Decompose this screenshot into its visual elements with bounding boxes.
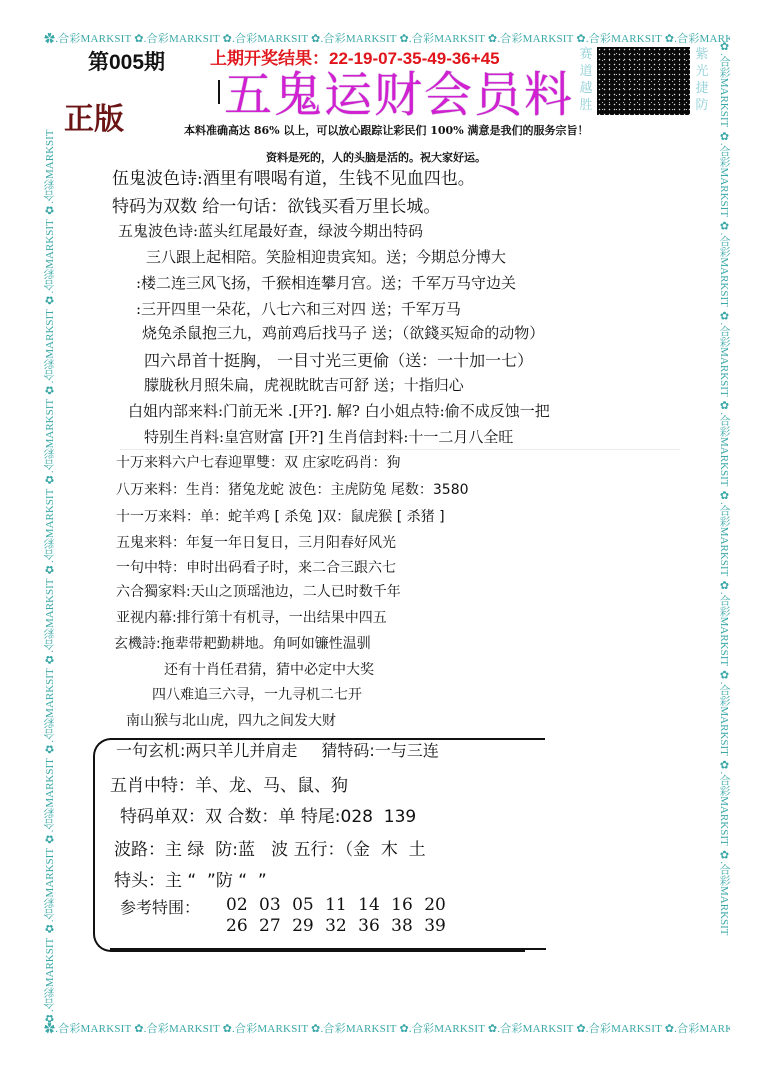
wave-label: 波路： [114,840,165,860]
five-zodiac-value: 羊、龙、马、鼠、狗 [195,776,348,796]
reference-numbers-row-2: 26 27 29 32 36 38 39 [226,916,446,936]
element-value: （金 木 土 [345,840,426,860]
text-line: 玄機詩:拖辈带耙勤耕地。角呵如镰性温驯 [114,633,371,653]
wave-value: 主 绿 防:蓝 波 [165,840,288,860]
text-line: 一句中特：申时出码看子时，来二合三跟六七 [116,557,396,577]
reference-numbers-row-1: 02 03 05 11 14 16 20 [226,895,446,915]
text-line: 特别生肖料:皇宫财富 [开?] 生肖信封料:十一二月八全旺 [144,426,513,447]
text-line: 还有十肖任君猜，猜中必定中大奖 [164,659,374,679]
qr-code-image [597,47,690,115]
text-line: 六合獨家料:天山之顶瑶池边，二人已时数千年 [116,581,401,601]
odd-even-line: 特码单双：双 合数：单 特尾:028 139 [120,802,416,827]
text-line: 十万来料六户七春迎單雙：双 庄家吃码肖：狗 [116,452,400,472]
tagline-accuracy: 本料准确高达 86% 以上，可以放心跟踪让彩民们 100% 满意是我们的服务宗旨… [184,122,589,138]
element-label: 五行： [294,840,345,860]
odd-even-value: 双 [205,807,222,827]
divider [120,449,680,450]
wave-line: 波路：主 绿 防:蓝 波 五行：（金 木 土 [114,835,426,860]
text-line: 四八难追三六寻，一九寻机二七开 [152,684,362,704]
odd-even-label: 特码单双： [120,807,205,827]
side-slogan-left: 赛道越胜 [576,46,596,114]
watermark-border-bottom: ✿.合彩MARKSIT ✿.合彩MARKSIT ✿.合彩MARKSIT ✿.合彩… [44,1020,730,1034]
text-cursor [218,80,220,104]
guess-value: 一与三连 [375,741,439,760]
text-line: :三开四里一朵花，八七六和三对四 送；千军万马 [136,298,461,319]
text-line: 朦胧秋月照朱扁，虎视眈眈吉可舒 送；十指归心 [144,374,464,395]
tail-label: 特尾: [301,807,341,827]
sum-value: 单 [278,807,295,827]
box-bottom-rule [110,948,546,950]
tail-value: 028 139 [341,807,417,827]
five-zodiac-line: 五肖中特：羊、龙、马、鼠、狗 [110,771,348,796]
text-line: 特码为双数 给一句话：欲钱买看万里长城。 [112,192,440,217]
watermark-border-top: ✿.合彩MARKSIT ✿.合彩MARKSIT ✿.合彩MARKSIT ✿.合彩… [44,30,730,44]
reference-line: 参考特围： [120,895,200,918]
five-zodiac-label: 五肖中特： [110,776,195,796]
text-line: 亚视内幕:排行第十有机寻，一出结果中四五 [116,607,387,627]
text-line: 八万来料：生肖：猪兔龙蛇 波色：主虎防兔 尾数：3580 [116,479,469,499]
sum-label: 合数： [227,807,278,827]
riddle-text: 一句玄机:两只羊儿并肩走 [116,741,297,760]
issue-number: 第005期 [88,46,165,76]
watermark-border-left: ✿.合彩MARKSIT ✿.合彩MARKSIT ✿.合彩MARKSIT ✿.合彩… [42,40,56,1025]
text-line: :楼二连三风飞扬，千猴相连攀月宫。送；千军万马守边关 [136,272,516,293]
text-line: 烧兔杀鼠抱三九，鸡前鸡后找马子 送；（欲錢买短命的动物） [142,322,544,343]
guess-label: 猜特码: [321,741,374,760]
text-line: 四六昂首十挺胸， 一目寸光三更偷（送：一十加一七） [144,348,533,371]
side-slogan-right: 紫光捷防 [692,46,712,114]
reference-label: 参考特围： [120,898,200,917]
text-line: 白姐内部来料:门前无米 .[开?]. 解? 白小姐点特:偷不成反蚀一把 [128,400,550,421]
edition-badge: 正版 [64,94,124,138]
head-label: 特头： [114,871,165,891]
text-line: 五鬼来料：年复一年日复日，三月阳春好风光 [116,532,396,552]
text-line: 十一万来料：单：蛇羊鸡 [ 杀兔 ]双：鼠虎猴 [ 杀猪 ] [116,506,445,526]
riddle-line: 一句玄机:两只羊儿并肩走猜特码:一与三连 [116,738,439,761]
text-line: 南山猴与北山虎，四九之间发大财 [126,710,336,730]
text-line: 三八跟上起相陪。笑脸相迎贵宾知。送；今期总分博大 [146,246,506,267]
head-value: 主 “ ”防 “ ” [165,871,267,891]
text-line: 伍鬼波色诗:酒里有喂喝有道，生钱不见血四也。 [112,164,475,189]
watermark-border-right: ✿.合彩MARKSIT ✿.合彩MARKSIT ✿.合彩MARKSIT ✿.合彩… [718,40,732,1025]
page-title: 五鬼运财会员料 [224,56,574,125]
head-line: 特头：主 “ ”防 “ ” [114,866,267,891]
tagline-goodluck: 资料是死的，人的头脑是活的。祝大家好运。 [266,149,486,165]
text-line: 五鬼波色诗:蓝头红尾最好查，绿波今期出特码 [118,220,423,241]
